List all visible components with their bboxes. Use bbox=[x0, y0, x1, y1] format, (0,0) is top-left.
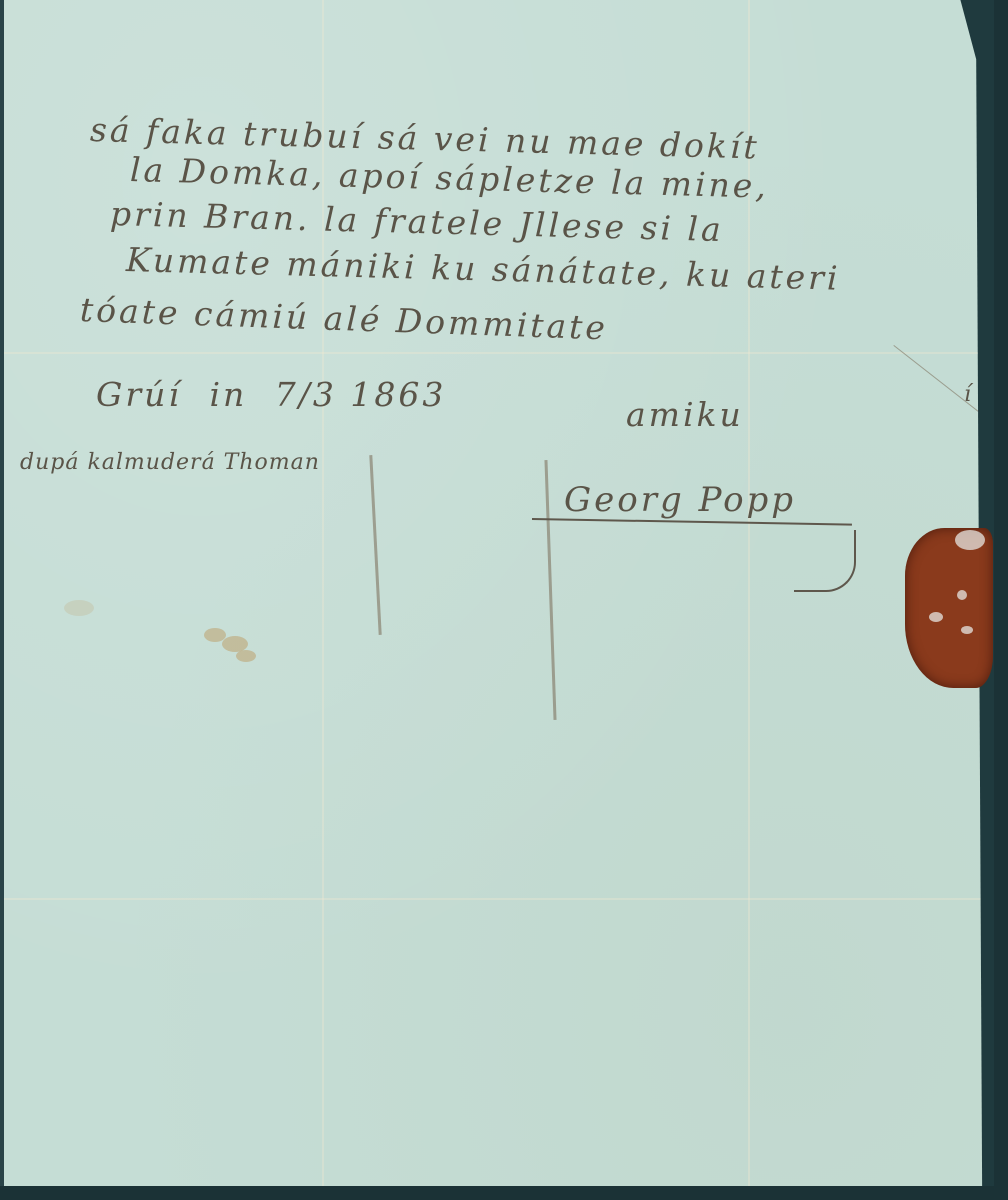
background-edge-bottom bbox=[0, 1186, 1008, 1200]
dateline-date: 7/3 1863 bbox=[275, 375, 447, 414]
closing-salutation: amiku bbox=[626, 395, 744, 434]
signature: Georg Popp bbox=[564, 480, 796, 520]
letter-line-4: Kumate mániki ku sánátate, ku ateri bbox=[125, 240, 841, 298]
background-edge-right bbox=[994, 0, 1008, 1200]
postscript-note: dupá kalmuderá Thoman bbox=[20, 450, 320, 475]
seal-highlight bbox=[955, 530, 985, 550]
ink-streak bbox=[369, 455, 381, 635]
seal-highlight bbox=[957, 590, 967, 600]
dateline-place: Grúí bbox=[96, 375, 182, 414]
stain bbox=[236, 650, 256, 662]
margin-mark: í bbox=[964, 382, 972, 407]
seal-highlight bbox=[929, 612, 943, 622]
wax-seal bbox=[905, 528, 993, 688]
fold-line-horizontal-top bbox=[4, 352, 990, 354]
signature-flourish bbox=[794, 530, 856, 592]
seal-highlight bbox=[961, 626, 973, 634]
letter-line-5: tóate cámiú alé Dommitate bbox=[79, 290, 608, 347]
stain bbox=[64, 600, 94, 616]
dateline: Grúí in 7/3 1863 bbox=[96, 375, 446, 414]
ink-streak bbox=[544, 460, 556, 720]
letter-page: sá faka trubuí sá vei nu mae dokít la Do… bbox=[4, 0, 990, 1186]
dateline-prep: in bbox=[209, 375, 247, 414]
fold-line-horizontal-bottom bbox=[4, 898, 990, 900]
letter-line-3: prin Bran. la fratele Jllese si la bbox=[109, 194, 724, 249]
background-edge-left bbox=[0, 0, 4, 1200]
